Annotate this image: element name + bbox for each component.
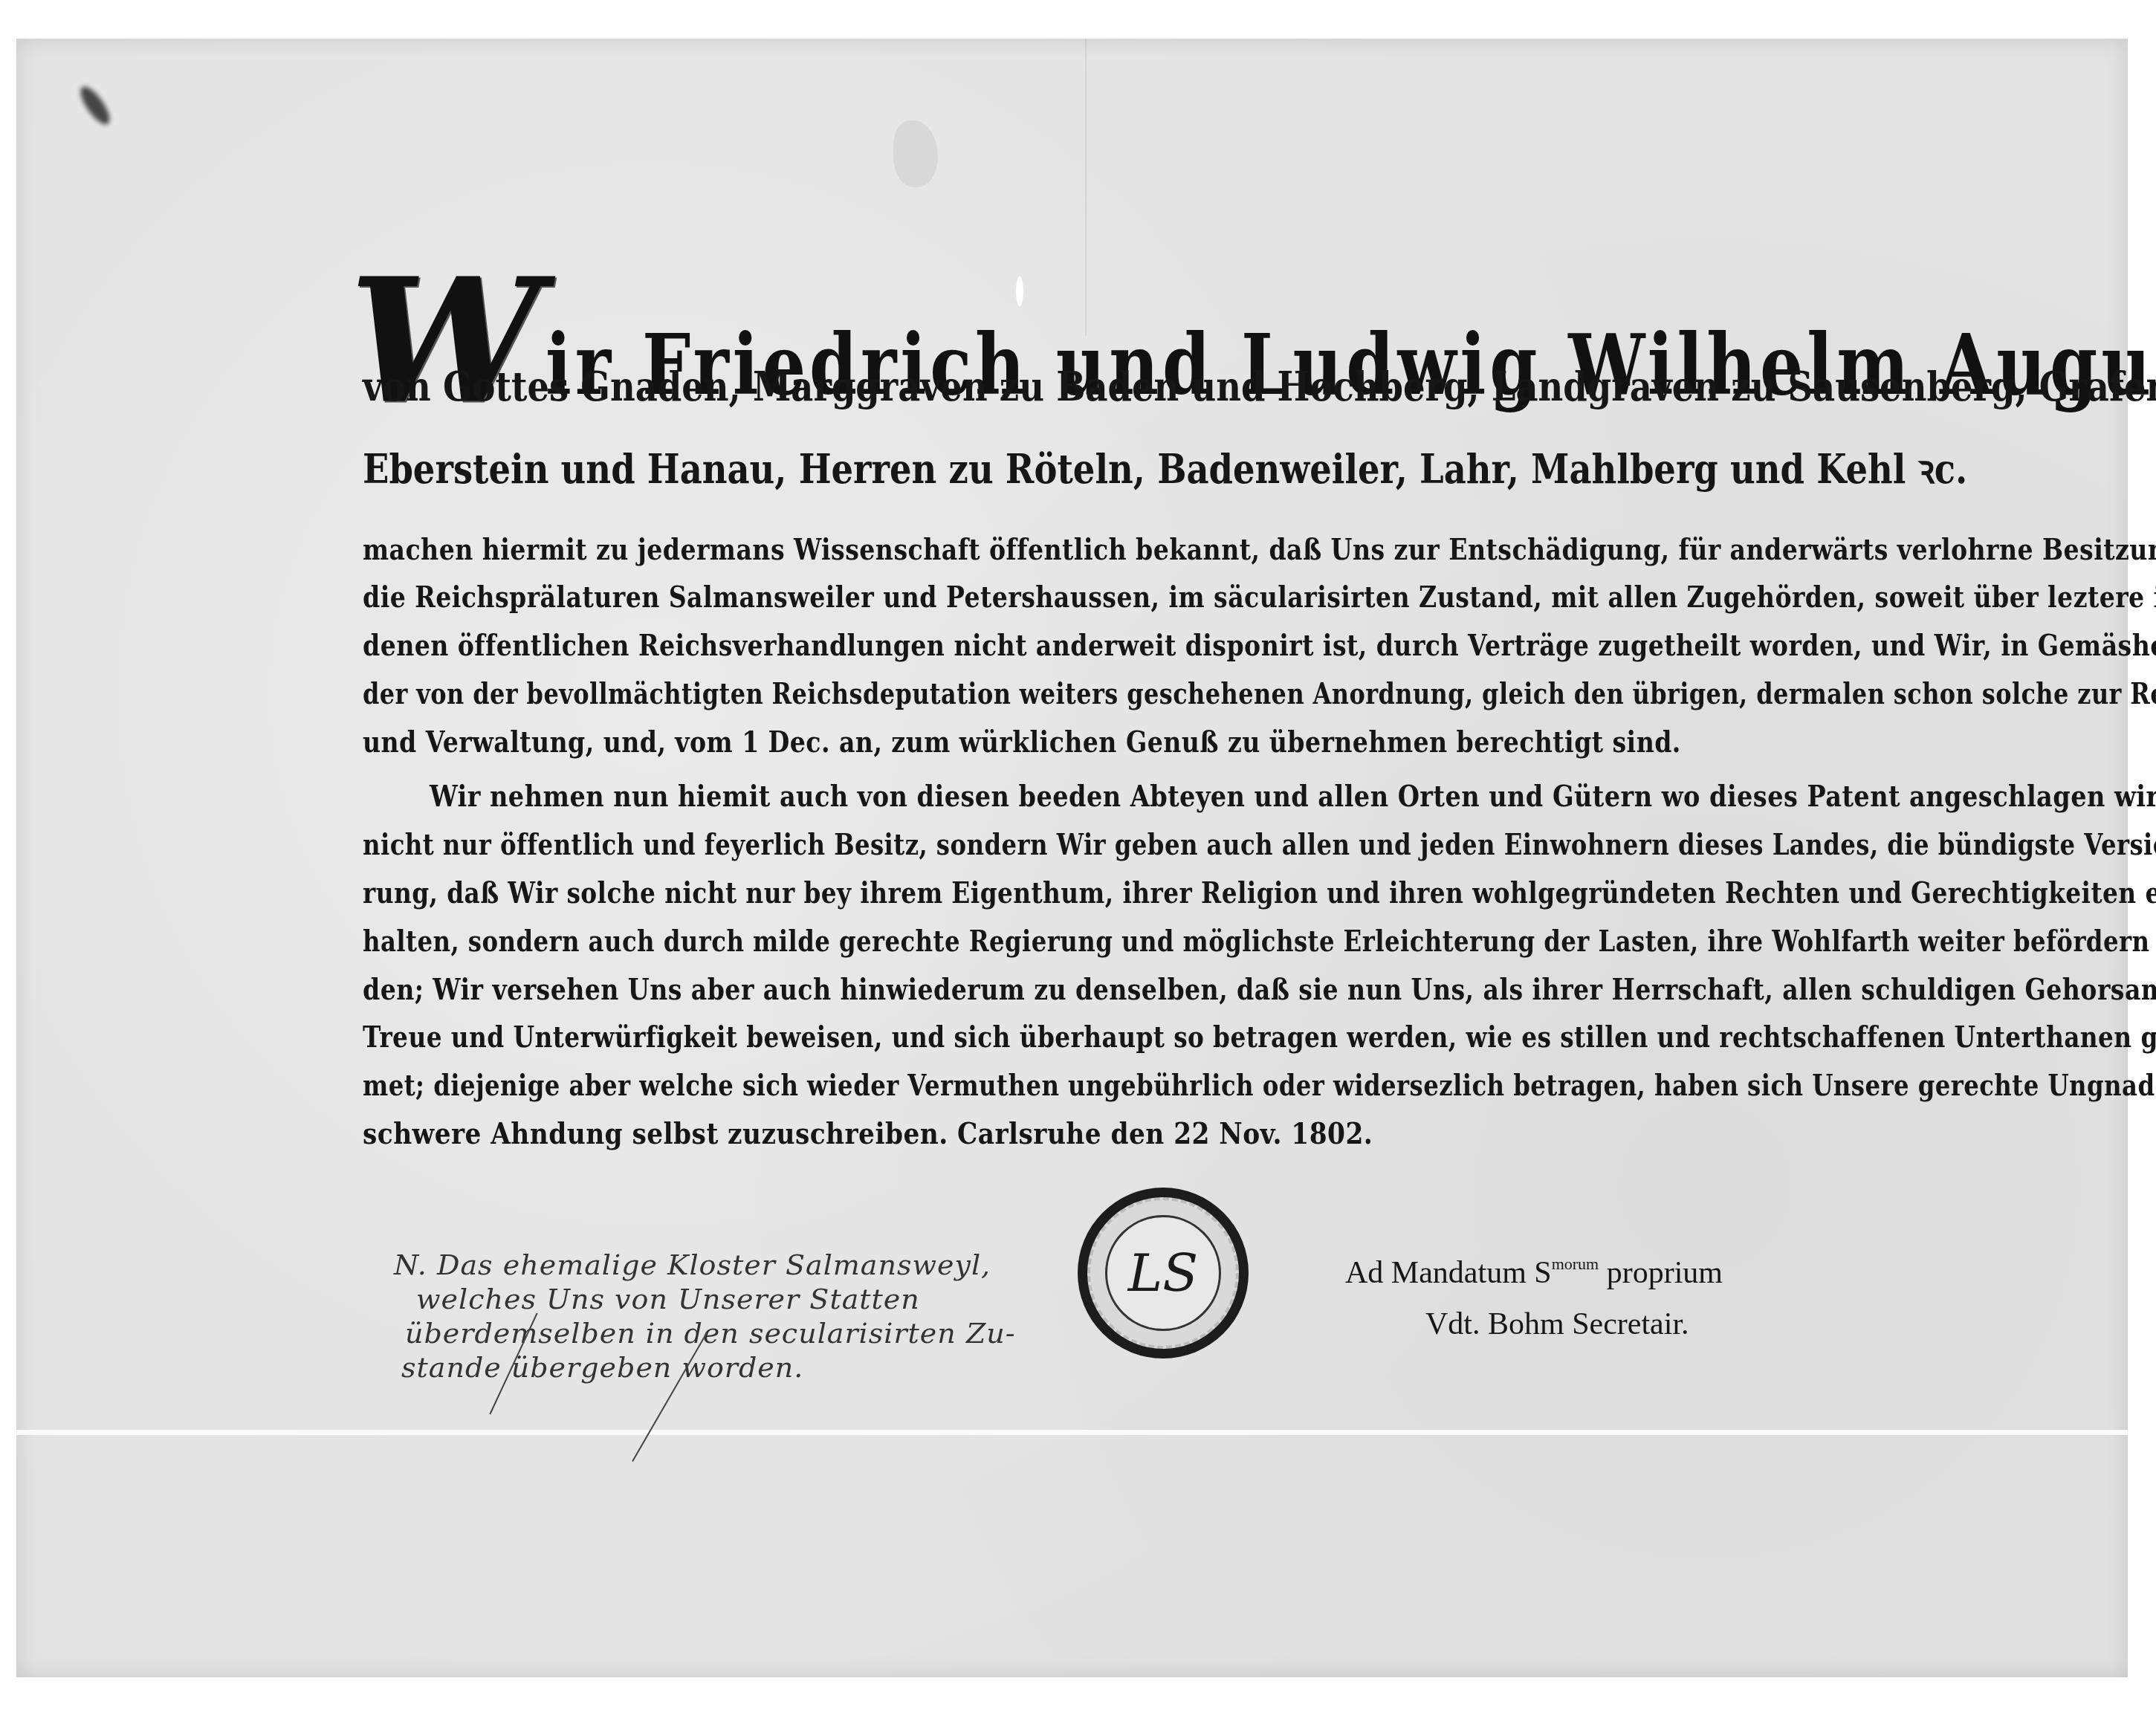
scan-crease-line bbox=[16, 1430, 2128, 1435]
handwriting-line: N. Das ehemalige Kloster Salmansweyl, bbox=[394, 1249, 988, 1281]
mandate-text: Ad Mandatum S bbox=[1345, 1256, 1552, 1290]
official-seal: LS bbox=[1078, 1188, 1249, 1358]
mandate-line: Ad Mandatum Smorum proprium bbox=[1345, 1254, 1723, 1291]
seal-ornament-ring: LS bbox=[1087, 1197, 1239, 1349]
paragraph-line: der von der bevollmächtigten Reichsdeput… bbox=[363, 676, 2156, 711]
seal-monogram: LS bbox=[1105, 1215, 1221, 1331]
heading-line-3: Eberstein und Hanau, Herren zu Röteln, B… bbox=[363, 440, 1967, 495]
paragraph-line: rung, daß Wir solche nicht nur bey ihrem… bbox=[363, 875, 2156, 910]
paragraph-line: machen hiermit zu jedermans Wissenschaft… bbox=[363, 532, 2156, 567]
secretary-signature: Vdt. Bohm Secretair. bbox=[1425, 1306, 1689, 1342]
paragraph-line: denen öffentlichen Reichsverhandlungen n… bbox=[363, 628, 2156, 663]
paragraph-line: den; Wir versehen Uns aber auch hinwiede… bbox=[363, 972, 2156, 1007]
handwriting-line: welches Uns von Unserer Statten bbox=[416, 1283, 1011, 1315]
paragraph-line: halten, sondern auch durch milde gerecht… bbox=[363, 924, 2156, 959]
paragraph-line: Wir nehmen nun hiemit auch von diesen be… bbox=[430, 779, 2156, 814]
handwriting-line: überdemselben in den secularisirten Zu- bbox=[405, 1317, 1000, 1350]
paragraph-line: met; diejenige aber welche sich wieder V… bbox=[363, 1068, 2156, 1103]
paragraph-line: nicht nur öffentlich und feyerlich Besit… bbox=[363, 827, 2156, 862]
paragraph-line: Treue und Unterwürfigkeit beweisen, und … bbox=[363, 1020, 2156, 1055]
ink-blot bbox=[76, 82, 114, 129]
mandate-superscript: morum bbox=[1552, 1254, 1599, 1273]
paper-stain bbox=[893, 120, 938, 187]
paragraph-line: schwere Ahndung selbst zuzuschreiben. Ca… bbox=[363, 1116, 1373, 1151]
paragraph-line: die Reichsprälaturen Salmansweiler und P… bbox=[363, 580, 2156, 615]
paragraph-line: und Verwaltung, und, vom 1 Dec. an, zum … bbox=[363, 725, 1681, 760]
mandate-text-end: proprium bbox=[1599, 1256, 1723, 1290]
heading-line-2: von Gottes Gnaden, Marggraven zu Baden u… bbox=[363, 363, 2156, 410]
handwriting-line: stande übergeben worden. bbox=[401, 1351, 996, 1384]
